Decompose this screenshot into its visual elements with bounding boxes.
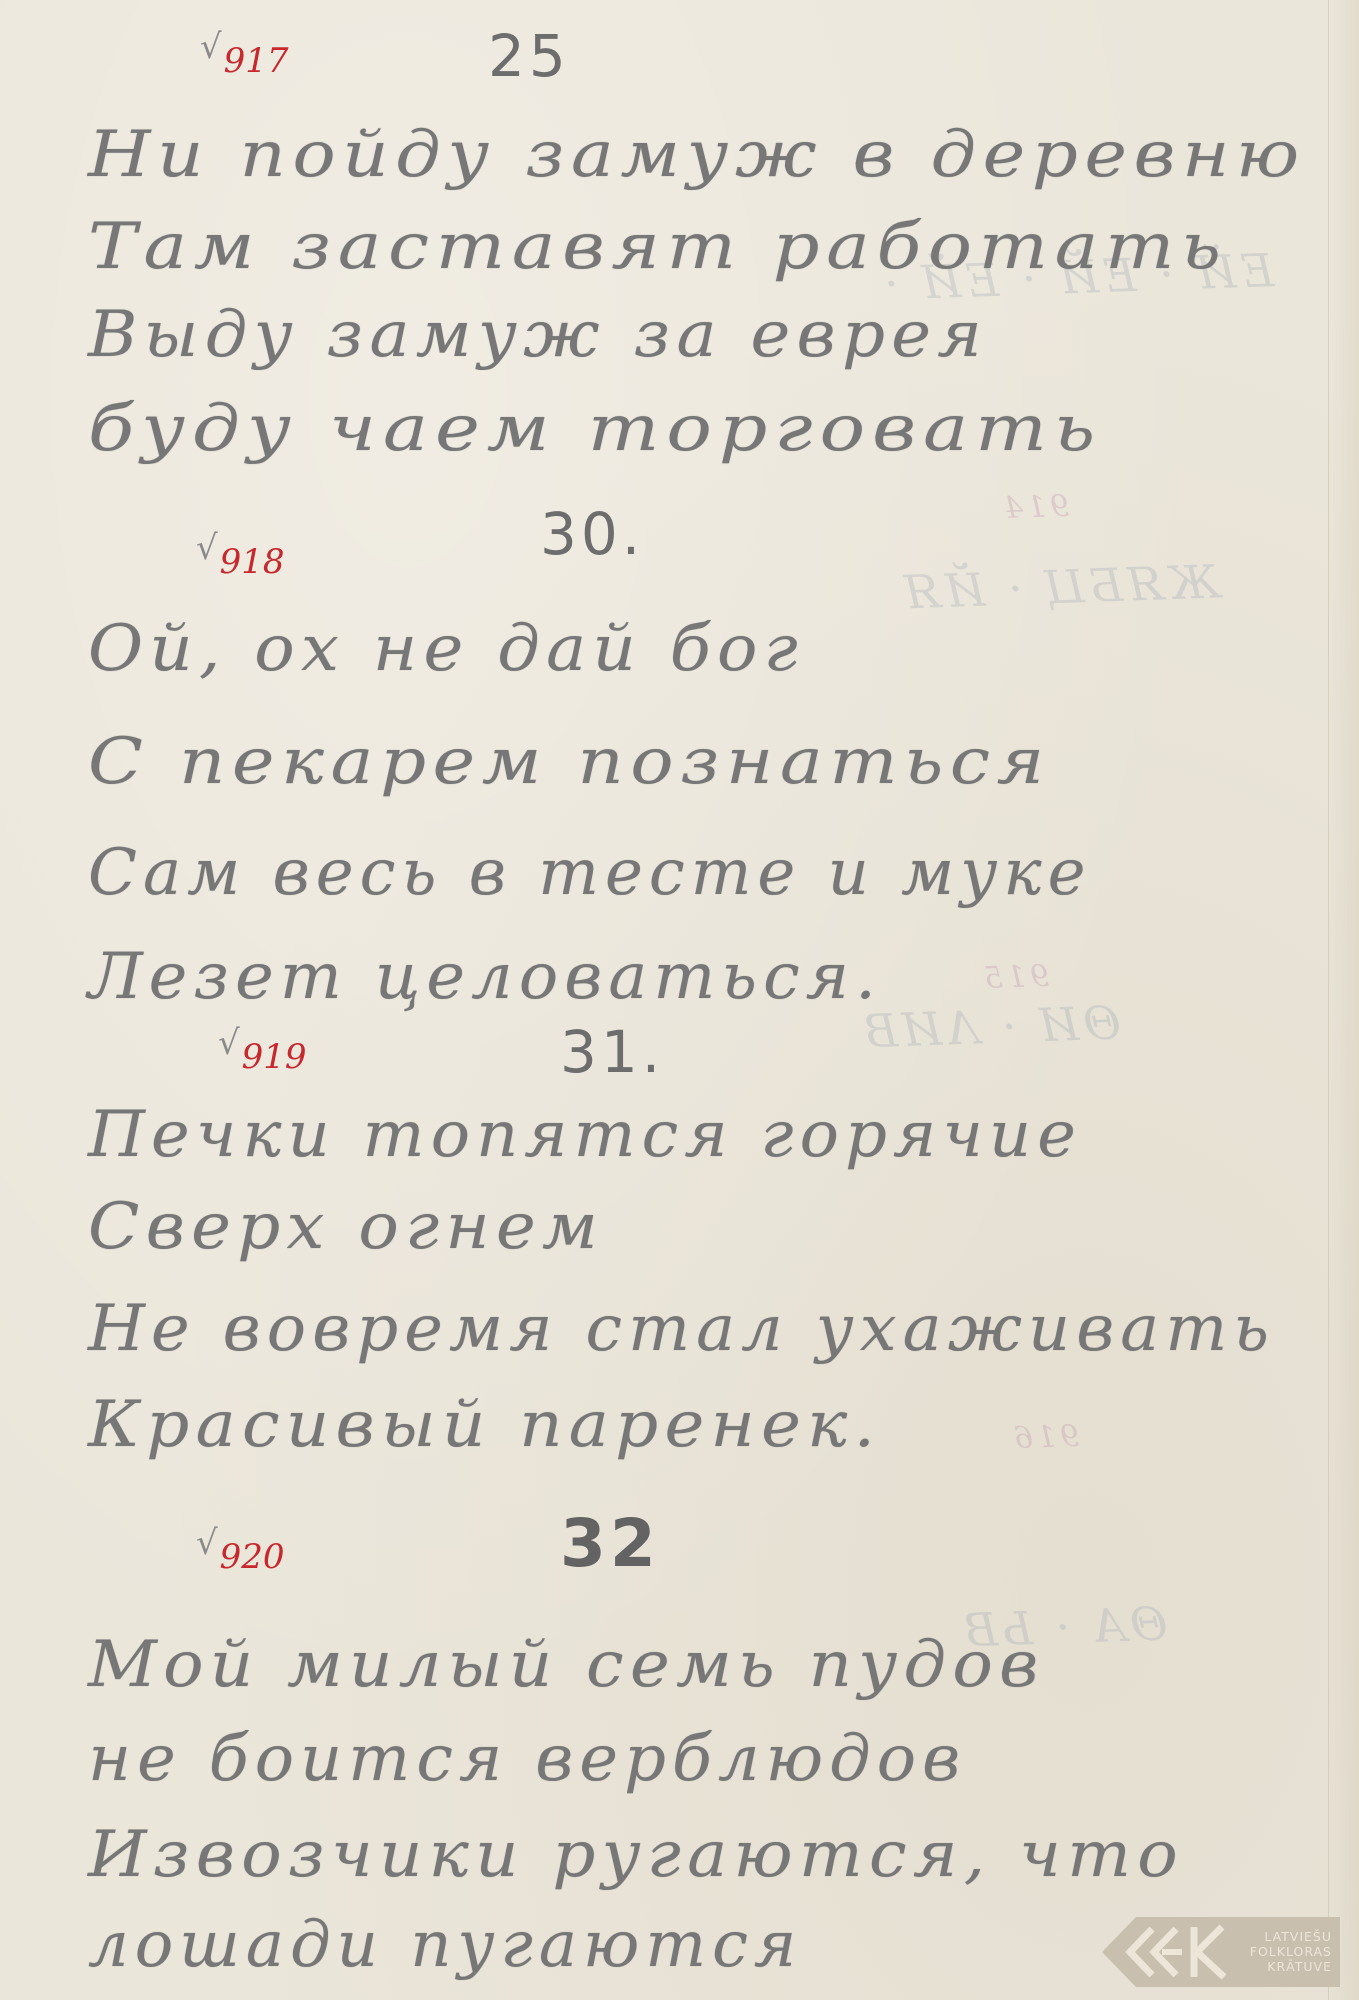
- verse-line: Лезет целоваться.: [88, 940, 882, 1014]
- bleed-through-number: 914: [999, 489, 1069, 526]
- bleed-through-text: ЖЯБЦ · ЙЯ: [899, 554, 1221, 619]
- logo-line-1: LATVIEŠU: [1232, 1929, 1332, 1944]
- verse-number: 32: [560, 1505, 660, 1582]
- check-mark-icon: √: [218, 1026, 240, 1060]
- verse-line: Извозчики ругаются, что: [88, 1818, 1184, 1892]
- verse-line: буду чаем торговать: [88, 392, 1102, 466]
- check-mark-icon: √: [196, 1526, 218, 1560]
- verse-number: 31.: [560, 1018, 664, 1086]
- verse-line: Печки топятся горячие: [88, 1098, 1082, 1172]
- verse-line: не боится верблюдов: [88, 1722, 966, 1796]
- archive-mark: √ 917: [200, 44, 289, 78]
- verse-line: Выду замуж за еврея: [88, 298, 988, 372]
- verse-line: Сверх огнем: [88, 1190, 604, 1264]
- verse-line: Там заставят работать: [88, 210, 1228, 284]
- logo-line-3: KRĀTUVE: [1232, 1959, 1332, 1974]
- verse-line: Ни пойду замуж в деревню: [88, 118, 1306, 192]
- archive-number: 918: [220, 545, 285, 579]
- verse-line: Мой милый семь пудов: [88, 1628, 1045, 1702]
- archive-mark: √ 920: [196, 1540, 285, 1574]
- verse-line: Не вовремя стал ухаживать: [88, 1292, 1275, 1366]
- verse-line: С пекарем познаться: [88, 725, 1051, 799]
- verse-line: Ой, ох не дай бог: [88, 612, 804, 686]
- archive-mark: √ 918: [196, 545, 285, 579]
- verse-line: лошади пугаются: [88, 1908, 802, 1982]
- logo-text: LATVIEŠU FOLKLORAS KRĀTUVE: [1232, 1929, 1332, 1974]
- logo-line-2: FOLKLORAS: [1232, 1944, 1332, 1959]
- lfk-watermark-logo: LATVIEŠU FOLKLORAS KRĀTUVE: [1102, 1917, 1340, 1987]
- check-mark-icon: √: [196, 531, 218, 565]
- bleed-through-number: 916: [1009, 1419, 1079, 1456]
- archive-number: 920: [220, 1540, 285, 1574]
- bleed-through-text: ΘИ · ΛИВ: [859, 995, 1122, 1058]
- archive-mark: √ 919: [218, 1040, 307, 1074]
- verse-line: Сам весь в тесте и муке: [88, 836, 1091, 910]
- check-mark-icon: √: [200, 30, 222, 64]
- page-edge: [1328, 0, 1359, 2000]
- verse-number: 30.: [540, 500, 644, 568]
- archive-number: 917: [224, 44, 289, 78]
- verse-line: Красивый паренек.: [88, 1388, 881, 1462]
- manuscript-page: ЕЙ · ЕЙ · ЕЙ · ЖЯБЦ · ЙЯ ΘИ · ΛИВ ΘΑ · Ь…: [0, 0, 1359, 2000]
- verse-number: 25: [488, 22, 570, 90]
- bleed-through-number: 915: [979, 959, 1049, 996]
- archive-number: 919: [242, 1040, 307, 1074]
